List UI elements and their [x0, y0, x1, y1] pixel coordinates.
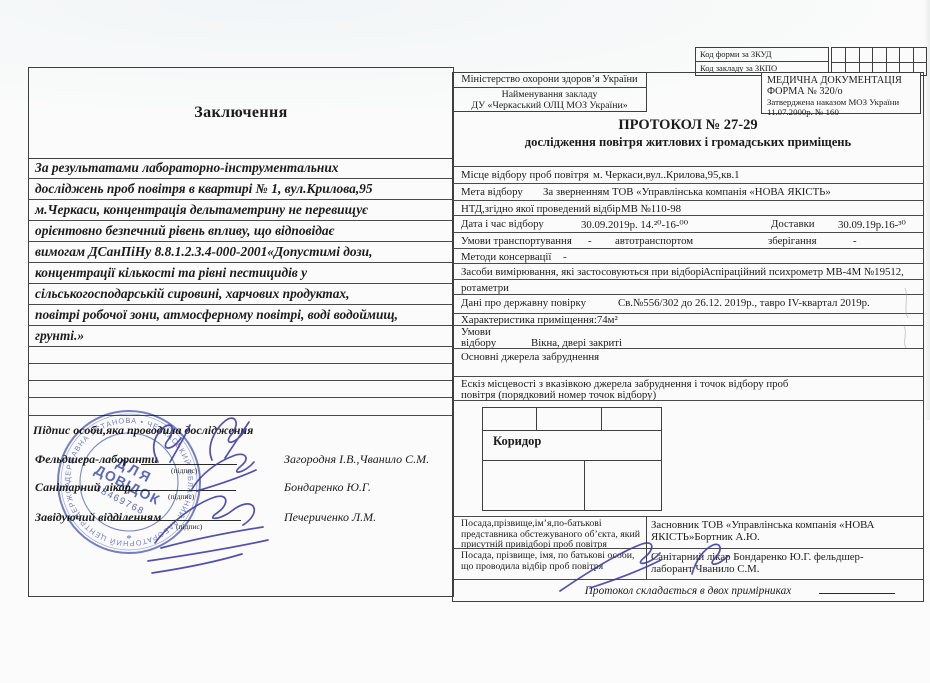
field-row-verification: Дані про державну повірку Св.№556/302 до…: [453, 294, 923, 313]
ntd-label: НТД,згідно якої проведений відбір: [461, 203, 621, 215]
conclusion-line: повітрі робочої зони, атмосферному повіт…: [29, 305, 453, 326]
facility-name: ДУ «Черкаський ОЛЦ МОЗ України»: [453, 100, 646, 111]
transport-value: автотранспортом: [615, 235, 693, 247]
blank-line: [819, 592, 895, 594]
sketch-cell: Коридор: [453, 400, 923, 516]
conclusion-empty-line: [29, 364, 453, 381]
round-stamp: ДЕРЖАВНА УСТАНОВА • ЧЕРКАСЬКИЙ ОБЛАСНИЙ …: [53, 406, 205, 558]
representative-label: Посада,прізвище,ім’я,по-батькові предста…: [461, 519, 641, 551]
storage-value: -: [853, 235, 857, 247]
sketch-line: [601, 407, 602, 430]
stamp-mark: *: [126, 533, 132, 545]
representative-value: Засновник ТОВ «Управлінська компанія «НО…: [651, 519, 913, 543]
instruments-value2: ротаметри: [461, 282, 509, 294]
code-grid-cell: [845, 48, 858, 62]
footer-column-divider: [646, 516, 647, 579]
storage-label: зберігання: [768, 235, 817, 247]
datetime-value: 30.09.2019р. 14.²⁰-16-⁰⁰: [581, 218, 688, 231]
datetime-label: Дата і час відбору: [461, 218, 544, 230]
sketch-line: [482, 430, 661, 431]
conservation-label: Методи консервації: [461, 251, 551, 263]
code-grid-cell: [832, 48, 845, 62]
code-grid-cell: [913, 48, 926, 62]
field-row-conditions: Умови відбору Вікна, двері закриті: [453, 325, 923, 348]
delivery-value: 30.09.19р.16-³⁰: [838, 218, 906, 231]
conclusion-empty-line: [29, 381, 453, 398]
code-grid-cell: [859, 48, 872, 62]
form-code-label: Код форми за ЗКУД: [696, 48, 828, 62]
copies-note: Протокол складається в двох примірниках: [453, 585, 923, 597]
sketch-line: [482, 510, 662, 511]
signer-names: Бондаренко Ю.Г.: [284, 480, 371, 495]
sketch-room-label: Коридор: [493, 434, 541, 449]
signer-names: Загородня І.В.,Чванило С.М.: [284, 452, 429, 467]
field-row-place: Місце відбору проб повітря м. Черкаси,ву…: [453, 166, 923, 183]
transport-dash: -: [588, 235, 592, 247]
field-row-transport: Умови транспортування - автотранспортом …: [453, 232, 923, 248]
code-grid-cell: [872, 48, 885, 62]
conservation-value: -: [563, 251, 567, 263]
ntd-value: МВ №110-98: [621, 203, 681, 215]
medical-doc-box: МЕДИЧНА ДОКУМЕНТАЦІЯ ФОРМА № 320/о Затве…: [761, 72, 921, 114]
note-row: Протокол складається в двох примірниках: [453, 579, 923, 601]
field-row-conservation: Методи консервації -: [453, 248, 923, 263]
signer-names: Печериченко Л.М.: [284, 510, 376, 525]
field-row-purpose: Мета відбору За зверненням ТОВ «Управлін…: [453, 183, 923, 200]
conclusion-line: За результатами лабораторно-інструментал…: [29, 158, 453, 179]
conclusion-title: Заключення: [29, 68, 453, 159]
sketch-line: [482, 407, 661, 408]
doc-type: МЕДИЧНА ДОКУМЕНТАЦІЯ: [767, 75, 915, 86]
facility-label: Найменування закладу: [453, 89, 646, 100]
doc-order: 11.07.2000р. № 160: [767, 107, 915, 117]
conclusion-empty-line: [29, 347, 453, 364]
sketch-line: [584, 460, 585, 510]
conclusion-line: досліджень проб повітря в квартирі № 1, …: [29, 179, 453, 200]
transport-label: Умови транспортування: [461, 235, 572, 247]
conclusion-line: вимогам ДСанПіНу 8.8.1.2.3.4-000-2001«До…: [29, 242, 453, 263]
place-value: м. Черкаси,вул..Крилова,95,кв.1: [593, 169, 740, 181]
protocol-title: ПРОТОКОЛ № 27-29: [453, 117, 923, 134]
verification-label: Дані про державну повірку: [461, 297, 586, 309]
ministry-name: Міністерство охорони здоров’я України: [453, 73, 646, 88]
stamp-center: ДЛЯ ДОВІДОК 38469768: [85, 447, 170, 521]
sketch-line: [482, 460, 661, 461]
pollution-label: Основні джерела забруднення: [461, 351, 599, 363]
field-row-pollution: Основні джерела забруднення: [453, 348, 923, 376]
sampler-label: Посада, прізвище, імя, по батькові особи…: [461, 551, 641, 572]
conclusion-line: орієнтовно безпечний рівень впливу, що в…: [29, 221, 453, 242]
sampler-value: Санітарний лікар Бондаренко Ю.Г. фельдше…: [651, 551, 896, 575]
sketch-line: [482, 407, 483, 510]
field-row-instruments2: ротаметри: [453, 279, 923, 294]
ministry-cell: Міністерство охорони здоров’я України На…: [453, 73, 647, 112]
field-row-instruments: Засоби вимірювання, які застосовуються п…: [453, 263, 923, 279]
field-row-ntd: НТД,згідно якої проведений відбір МВ №11…: [453, 200, 923, 215]
code-grid-cell: [886, 48, 899, 62]
instruments-value: Аспіраційний психрометр МВ-4М №19512,: [703, 266, 904, 278]
conclusion-line: м.Черкаси, концентрація дельтаметрину не…: [29, 200, 453, 221]
doc-approved: Затверджена наказом МОЗ України: [767, 97, 915, 107]
instruments-label: Засоби вимірювання, які застосовуються п…: [461, 266, 704, 278]
conclusion-line: грунті.»: [29, 326, 453, 347]
field-row-room: Характеристика приміщення:74м²: [453, 313, 923, 325]
protocol-column: Міністерство охорони здоров’я України На…: [452, 72, 924, 602]
sketch-line: [536, 407, 537, 430]
sketch-line: [661, 407, 662, 510]
verification-value: Св.№556/302 до 26.12. 2019р., тавро IV-к…: [618, 297, 870, 309]
protocol-subtitle: дослідження повітря житлових і громадськ…: [453, 135, 923, 150]
conclusion-line: концентрації кількості та рівні пестицид…: [29, 263, 453, 284]
field-row-datetime: Дата і час відбору 30.09.2019р. 14.²⁰-16…: [453, 215, 923, 232]
doc-form: ФОРМА № 320/о: [767, 86, 915, 97]
place-label: Місце відбору проб повітря: [461, 169, 589, 181]
code-grid-cell: [899, 48, 912, 62]
delivery-label: Доставки: [771, 218, 815, 230]
field-row-sketch-label: Ескіз місцевості з вказівкою джерела заб…: [453, 376, 923, 400]
sampler-row: Посада, прізвище, імя, по батькові особи…: [453, 548, 923, 579]
purpose-value: За зверненням ТОВ «Управлінська компанія…: [543, 186, 831, 198]
representative-row: Посада,прізвище,ім’я,по-батькові предста…: [453, 516, 923, 548]
purpose-label: Мета відбору: [461, 186, 523, 198]
conclusion-line: сільськогосподарській сировині, харчових…: [29, 284, 453, 305]
